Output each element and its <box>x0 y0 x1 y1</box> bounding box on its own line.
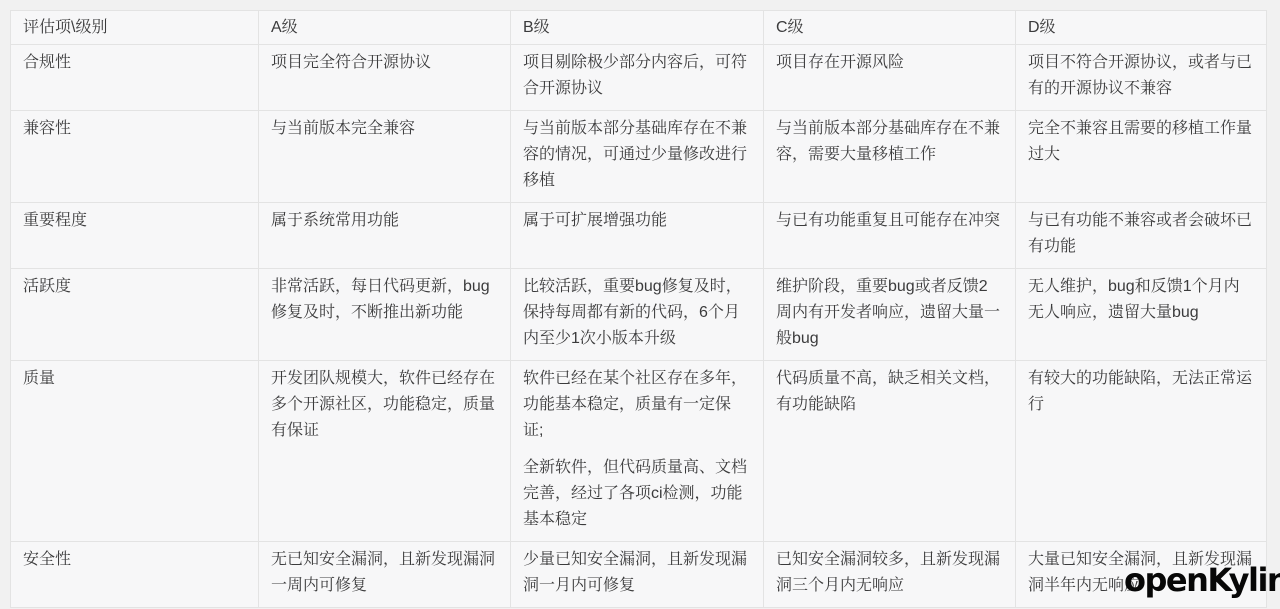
row-label: 兼容性 <box>11 111 259 203</box>
table-cell: 属于系统常用功能 <box>259 203 511 269</box>
table-cell: 有较大的功能缺陷，无法正常运行 <box>1016 361 1267 542</box>
table-cell: 与当前版本部分基础库存在不兼容，需要大量移植工作 <box>764 111 1016 203</box>
table-cell: 属于可扩展增强功能 <box>511 203 764 269</box>
col-header-criteria: 评估项\级别 <box>11 11 259 45</box>
table-cell: 代码质量不高，缺乏相关文档，有功能缺陷 <box>764 361 1016 542</box>
table-cell: 项目不符合开源协议，或者与已有的开源协议不兼容 <box>1016 45 1267 111</box>
table-row-security: 安全性 无已知安全漏洞，且新发现漏洞一周内可修复 少量已知安全漏洞，且新发现漏洞… <box>11 542 1267 608</box>
table-cell: 非常活跃，每日代码更新，bug修复及时，不断推出新功能 <box>259 269 511 361</box>
row-label: 安全性 <box>11 542 259 608</box>
table-cell: 无已知安全漏洞，且新发现漏洞一周内可修复 <box>259 542 511 608</box>
table-cell: 维护阶段，重要bug或者反馈2周内有开发者响应，遗留大量一般bug <box>764 269 1016 361</box>
row-label: 活跃度 <box>11 269 259 361</box>
table-cell: 软件已经在某个社区存在多年，功能基本稳定，质量有一定保证;全新软件，但代码质量高… <box>511 361 764 542</box>
table-cell: 开发团队规模大，软件已经存在多个开源社区，功能稳定，质量有保证 <box>259 361 511 542</box>
col-header-grade-c: C级 <box>764 11 1016 45</box>
table-cell: 完全不兼容且需要的移植工作量过大 <box>1016 111 1267 203</box>
table-cell: 项目完全符合开源协议 <box>259 45 511 111</box>
table-cell: 与已有功能不兼容或者会破坏已有功能 <box>1016 203 1267 269</box>
table-row-activity: 活跃度 非常活跃，每日代码更新，bug修复及时，不断推出新功能 比较活跃，重要b… <box>11 269 1267 361</box>
table-cell: 项目存在开源风险 <box>764 45 1016 111</box>
table-row-quality: 质量 开发团队规模大，软件已经存在多个开源社区，功能稳定，质量有保证 软件已经在… <box>11 361 1267 542</box>
table-row-compatibility: 兼容性 与当前版本完全兼容 与当前版本部分基础库存在不兼容的情况，可通过少量修改… <box>11 111 1267 203</box>
table-cell: 少量已知安全漏洞，且新发现漏洞一月内可修复 <box>511 542 764 608</box>
row-label: 质量 <box>11 361 259 542</box>
col-header-grade-d: D级 <box>1016 11 1267 45</box>
table-cell: 与当前版本完全兼容 <box>259 111 511 203</box>
table-row-compliance: 合规性 项目完全符合开源协议 项目剔除极少部分内容后，可符合开源协议 项目存在开… <box>11 45 1267 111</box>
col-header-grade-b: B级 <box>511 11 764 45</box>
table-cell: 无人维护，bug和反馈1个月内无人响应，遗留大量bug <box>1016 269 1267 361</box>
table-cell: 已知安全漏洞较多，且新发现漏洞三个月内无响应 <box>764 542 1016 608</box>
col-header-grade-a: A级 <box>259 11 511 45</box>
table-cell: 比较活跃，重要bug修复及时，保持每周都有新的代码，6个月内至少1次小版本升级 <box>511 269 764 361</box>
table-cell: 与当前版本部分基础库存在不兼容的情况，可通过少量修改进行移植 <box>511 111 764 203</box>
page: 评估项\级别 A级 B级 C级 D级 合规性 项目完全符合开源协议 项目剔除极少… <box>0 0 1280 609</box>
header-row: 评估项\级别 A级 B级 C级 D级 <box>11 11 1267 45</box>
evaluation-table: 评估项\级别 A级 B级 C级 D级 合规性 项目完全符合开源协议 项目剔除极少… <box>10 10 1267 608</box>
table-row-importance: 重要程度 属于系统常用功能 属于可扩展增强功能 与已有功能重复且可能存在冲突 与… <box>11 203 1267 269</box>
row-label: 合规性 <box>11 45 259 111</box>
table-cell: 项目剔除极少部分内容后，可符合开源协议 <box>511 45 764 111</box>
table-cell: 与已有功能重复且可能存在冲突 <box>764 203 1016 269</box>
row-label: 重要程度 <box>11 203 259 269</box>
openkylin-logo: openKylin <box>1124 561 1280 599</box>
